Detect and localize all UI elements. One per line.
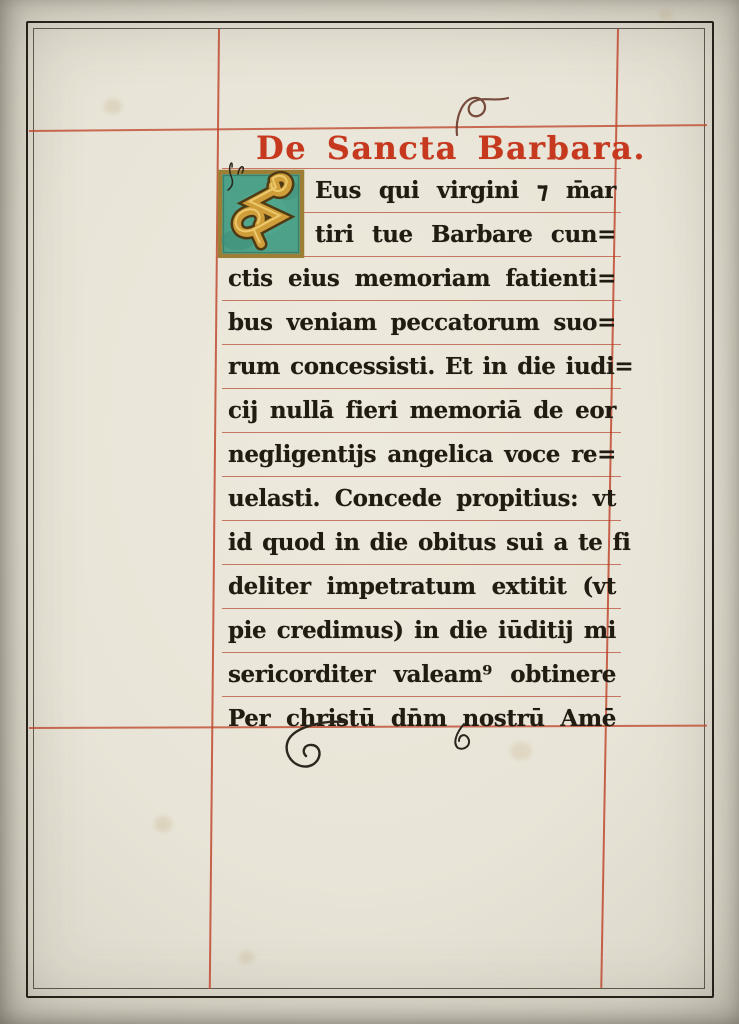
text-line: ctis eius memoriam fatienti= bbox=[222, 256, 621, 300]
text-line: deliter impetratum extitit (vt bbox=[222, 564, 621, 608]
text-line: cij nullā fieri memoriā de eor bbox=[222, 388, 621, 432]
text-line: negligentijs angelica voce re= bbox=[222, 432, 621, 476]
initial-d-knotwork-icon bbox=[216, 156, 306, 258]
manuscript-page: De Sancta Barbara. Eus qui virgini ⁊ m̄a… bbox=[0, 0, 739, 1024]
illuminated-initial-d bbox=[216, 156, 306, 262]
spiral-flourish-icon bbox=[281, 719, 349, 775]
descender-flourish-curl bbox=[448, 722, 480, 756]
curl-flourish-icon bbox=[451, 90, 513, 138]
small-curl-flourish-icon bbox=[448, 722, 480, 752]
parchment-stain bbox=[659, 9, 673, 21]
descender-flourish-spiral bbox=[281, 719, 349, 779]
text-line: pie credimus) in die iūditij mi bbox=[222, 608, 621, 652]
parchment-stain bbox=[104, 99, 122, 114]
text-line: rum concessisti. Et in die iudi= bbox=[222, 344, 621, 388]
parchment-stain bbox=[154, 816, 172, 832]
text-line: sericorditer valeam⁹ obtinere bbox=[222, 652, 621, 696]
parchment-stain bbox=[510, 742, 532, 760]
text-line: bus veniam peccatorum suo= bbox=[222, 300, 621, 344]
text-line: id quod in die obitus sui a te fi bbox=[222, 520, 621, 564]
parchment-stain bbox=[239, 951, 254, 964]
heading-flourish bbox=[451, 90, 513, 142]
text-line: uelasti. Concede propitius: vt bbox=[222, 476, 621, 520]
